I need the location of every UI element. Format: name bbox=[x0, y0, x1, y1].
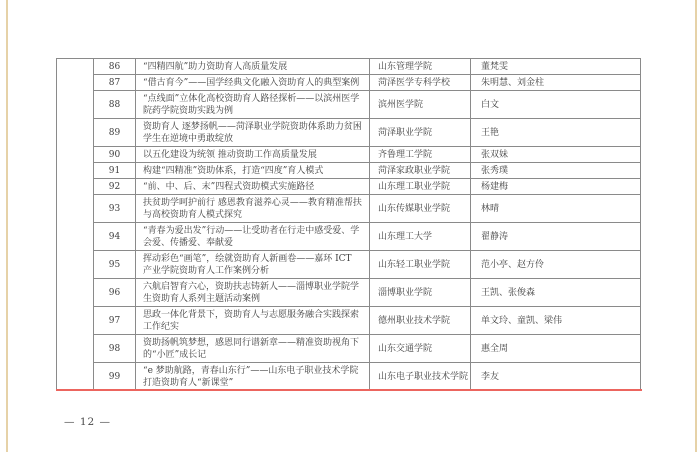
authors-cell: 白文 bbox=[471, 91, 641, 119]
row-number-cell: 86 bbox=[94, 59, 136, 75]
authors-cell: 董梵雯 bbox=[471, 59, 641, 75]
table-row: 91 构建“四精准”资助体系，打造“四度”育人模式 菏泽家政职业学院 张秀璞 bbox=[57, 163, 641, 179]
row-number-cell: 93 bbox=[94, 195, 136, 223]
authors-cell: 朱明慧、刘金柱 bbox=[471, 75, 641, 91]
authors-cell: 张秀璞 bbox=[471, 163, 641, 179]
table-row: 95 挥动彩色“画笔”，绘就资助育人新画卷——嘉环 ICT 产业学院资助育人工作… bbox=[57, 251, 641, 279]
awards-table-container: 86 “四精四航”助力资助育人高质量发展 山东管理学院 董梵雯 87 “借古育今… bbox=[56, 58, 640, 390]
table-row: 92 “前、中、后、末”四程式资助模式实施路径 山东理工职业学院 杨建梅 bbox=[57, 179, 641, 195]
case-title-cell: 构建“四精准”资助体系，打造“四度”育人模式 bbox=[136, 163, 370, 179]
case-title-cell: “四精四航”助力资助育人高质量发展 bbox=[136, 59, 370, 75]
institution-cell: 菏泽家政职业学院 bbox=[370, 163, 471, 179]
case-title-cell: “点线面”立体化高校资助育人路径探析——以滨州医学院药学院资助实践为例 bbox=[136, 91, 370, 119]
authors-cell: 单文玲、童凯、梁伟 bbox=[471, 307, 641, 335]
table-row: 88 “点线面”立体化高校资助育人路径探析——以滨州医学院药学院资助实践为例 滨… bbox=[57, 91, 641, 119]
institution-cell: 菏泽职业学院 bbox=[370, 119, 471, 147]
case-title-cell: “青春为爱出发”行动——让受助者在行走中感受爱、学会爱、传播爱、奉献爱 bbox=[136, 223, 370, 251]
table-row: 89 资助育人 逐梦扬帆——菏泽职业学院资助体系助力贫困学生在逆境中勇敢绽放 菏… bbox=[57, 119, 641, 147]
table-row: 99 “e 梦助航路，青春山东行”——山东电子职业技术学院打造资助育人“新课堂”… bbox=[57, 363, 641, 391]
authors-cell: 张双妹 bbox=[471, 147, 641, 163]
case-title-cell: 以五化建设为统领 推动资助工作高质量发展 bbox=[136, 147, 370, 163]
left-empty-column-cell bbox=[57, 59, 94, 391]
row-number-cell: 87 bbox=[94, 75, 136, 91]
case-title-cell: 资助育人 逐梦扬帆——菏泽职业学院资助体系助力贫困学生在逆境中勇敢绽放 bbox=[136, 119, 370, 147]
case-title-cell: “前、中、后、末”四程式资助模式实施路径 bbox=[136, 179, 370, 195]
table-row: 97 思政一体化背景下，资助育人与志愿服务融合实践探索工作纪实 德州职业技术学院… bbox=[57, 307, 641, 335]
row-number-cell: 96 bbox=[94, 279, 136, 307]
authors-cell: 范小亭、赵方伶 bbox=[471, 251, 641, 279]
table-row: 96 六航启智育六心，资助扶志铸新人——淄博职业学院学生资助育人系列主题活动案例… bbox=[57, 279, 641, 307]
awards-table-body: 86 “四精四航”助力资助育人高质量发展 山东管理学院 董梵雯 87 “借古育今… bbox=[57, 59, 641, 391]
row-number-cell: 97 bbox=[94, 307, 136, 335]
authors-cell: 王凯、张俊森 bbox=[471, 279, 641, 307]
institution-cell: 德州职业技术学院 bbox=[370, 307, 471, 335]
case-title-cell: 资助扬帆筑梦想，感恩同行谱新章——精准资助视角下的“小匠”成长记 bbox=[136, 335, 370, 363]
authors-cell: 李友 bbox=[471, 363, 641, 391]
institution-cell: 淄博职业学院 bbox=[370, 279, 471, 307]
authors-cell: 王艳 bbox=[471, 119, 641, 147]
awards-table: 86 “四精四航”助力资助育人高质量发展 山东管理学院 董梵雯 87 “借古育今… bbox=[56, 58, 641, 390]
institution-cell: 菏泽医学专科学校 bbox=[370, 75, 471, 91]
table-row: 98 资助扬帆筑梦想，感恩同行谱新章——精准资助视角下的“小匠”成长记 山东交通… bbox=[57, 335, 641, 363]
row-number-cell: 90 bbox=[94, 147, 136, 163]
table-row: 94 “青春为爱出发”行动——让受助者在行走中感受爱、学会爱、传播爱、奉献爱 山… bbox=[57, 223, 641, 251]
institution-cell: 山东管理学院 bbox=[370, 59, 471, 75]
authors-cell: 惠全周 bbox=[471, 335, 641, 363]
case-title-cell: “借古育今”——国学经典文化融入资助育人的典型案例 bbox=[136, 75, 370, 91]
institution-cell: 山东理工职业学院 bbox=[370, 179, 471, 195]
case-title-cell: “e 梦助航路，青春山东行”——山东电子职业技术学院打造资助育人“新课堂” bbox=[136, 363, 370, 391]
institution-cell: 山东电子职业技术学院 bbox=[370, 363, 471, 391]
case-title-cell: 挥动彩色“画笔”，绘就资助育人新画卷——嘉环 ICT 产业学院资助育人工作案例分… bbox=[136, 251, 370, 279]
institution-cell: 滨州医学院 bbox=[370, 91, 471, 119]
row-number-cell: 89 bbox=[94, 119, 136, 147]
institution-cell: 山东理工大学 bbox=[370, 223, 471, 251]
page-number: — 12 — bbox=[64, 416, 111, 428]
row-number-cell: 92 bbox=[94, 179, 136, 195]
case-title-cell: 思政一体化背景下，资助育人与志愿服务融合实践探索工作纪实 bbox=[136, 307, 370, 335]
row-number-cell: 91 bbox=[94, 163, 136, 179]
authors-cell: 林晴 bbox=[471, 195, 641, 223]
red-underline-marker bbox=[56, 389, 642, 391]
authors-cell: 翟静涛 bbox=[471, 223, 641, 251]
table-row: 93 扶贫助学呵护前行 感恩教育滋养心灵——教育精准帮扶与高校资助育人模式探究 … bbox=[57, 195, 641, 223]
institution-cell: 齐鲁理工学院 bbox=[370, 147, 471, 163]
institution-cell: 山东传媒职业学院 bbox=[370, 195, 471, 223]
table-row: 90 以五化建设为统领 推动资助工作高质量发展 齐鲁理工学院 张双妹 bbox=[57, 147, 641, 163]
case-title-cell: 六航启智育六心，资助扶志铸新人——淄博职业学院学生资助育人系列主题活动案例 bbox=[136, 279, 370, 307]
row-number-cell: 95 bbox=[94, 251, 136, 279]
case-title-cell: 扶贫助学呵护前行 感恩教育滋养心灵——教育精准帮扶与高校资助育人模式探究 bbox=[136, 195, 370, 223]
row-number-cell: 94 bbox=[94, 223, 136, 251]
row-number-cell: 98 bbox=[94, 335, 136, 363]
institution-cell: 山东轻工职业学院 bbox=[370, 251, 471, 279]
institution-cell: 山东交通学院 bbox=[370, 335, 471, 363]
authors-cell: 杨建梅 bbox=[471, 179, 641, 195]
table-row: 86 “四精四航”助力资助育人高质量发展 山东管理学院 董梵雯 bbox=[57, 59, 641, 75]
row-number-cell: 88 bbox=[94, 91, 136, 119]
table-row: 87 “借古育今”——国学经典文化融入资助育人的典型案例 菏泽医学专科学校 朱明… bbox=[57, 75, 641, 91]
row-number-cell: 99 bbox=[94, 363, 136, 391]
